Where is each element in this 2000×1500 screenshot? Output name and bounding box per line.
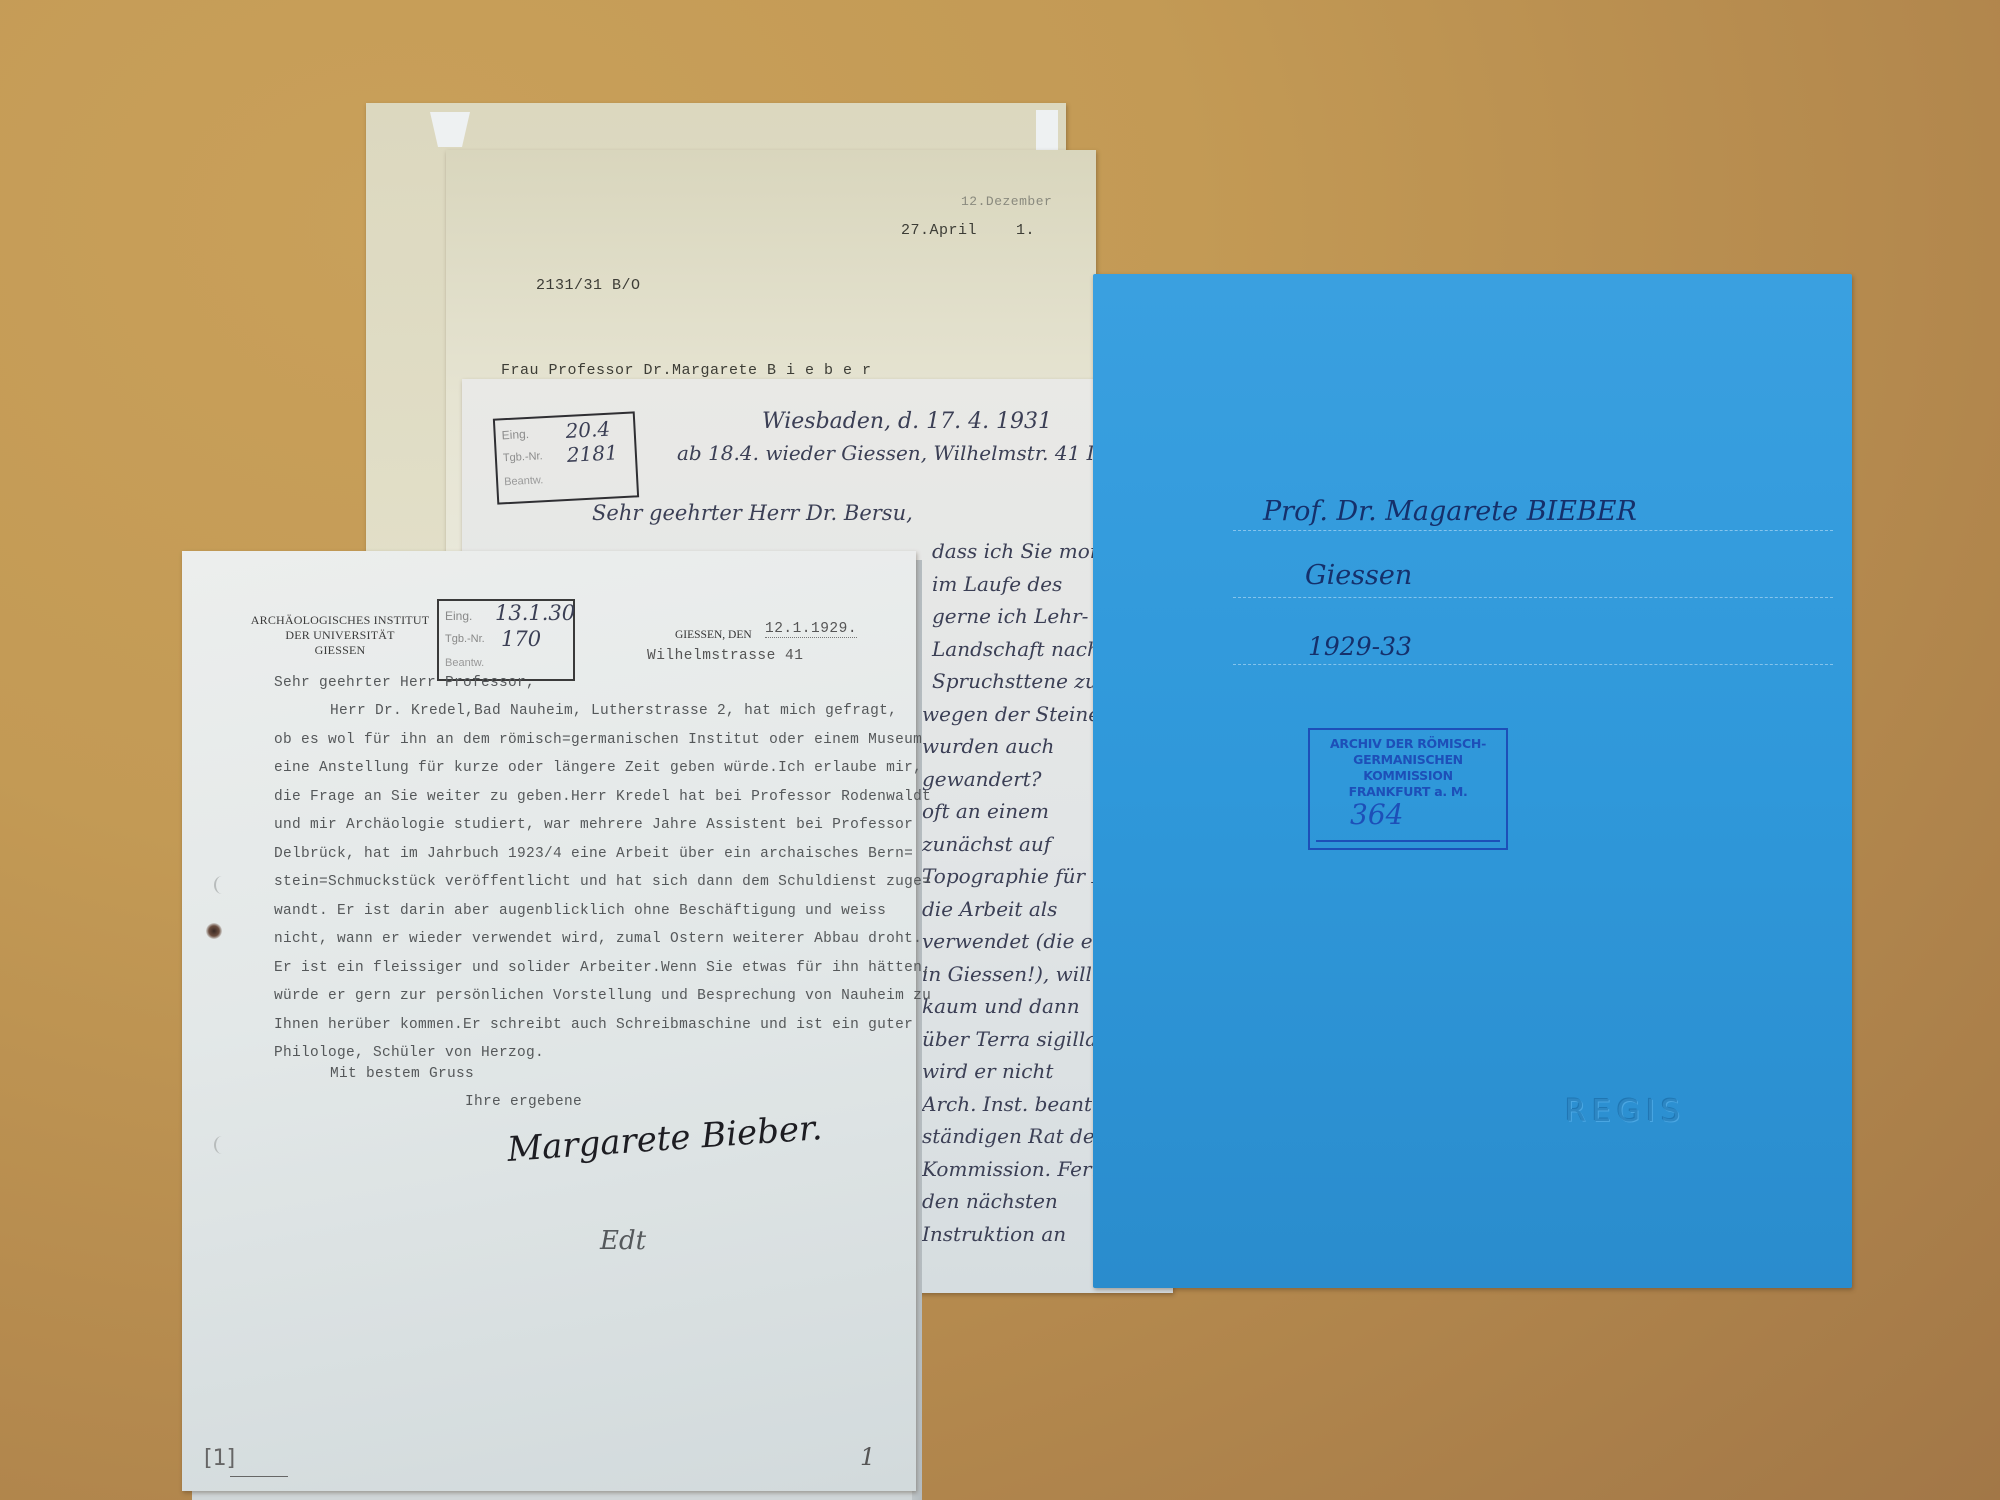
folio-number: 1 xyxy=(860,1443,875,1471)
handwritten-line: gewandert? xyxy=(922,767,1042,791)
underline xyxy=(230,1476,288,1477)
brand-emboss: REGIS xyxy=(1565,1094,1686,1129)
handwritten-line: in Giessen!), will xyxy=(922,962,1092,986)
faint-header: 12.Dezember xyxy=(961,194,1052,209)
letter-body-line: und mir Archäologie studiert, war mehrer… xyxy=(274,817,913,833)
letter-body-line: wandt. Er ist darin aber augenblicklich … xyxy=(274,903,886,919)
handwritten-line: wegen der Steinen xyxy=(922,702,1113,726)
handwritten-line: kaum und dann xyxy=(922,994,1080,1018)
letter-body-line: ob es wol für ihn an dem römisch=germani… xyxy=(274,732,922,748)
letter-body-line: Er ist ein fleissiger und solider Arbeit… xyxy=(274,960,931,976)
underline xyxy=(1316,840,1500,842)
receipt-stamp: Eing. 13.1.30 Tgb.-Nr. 170 Beantw. xyxy=(437,599,575,681)
handwritten-line: zunächst auf xyxy=(922,832,1051,856)
ink-stain xyxy=(206,923,222,939)
signature: Margarete Bieber. xyxy=(506,1108,824,1170)
letter-body-line: Herr Dr. Kredel,Bad Nauheim, Lutherstras… xyxy=(330,703,897,719)
page-number: 1. xyxy=(1016,222,1035,239)
letterhead-line: DER UNIVERSITÄT xyxy=(240,628,440,643)
address-line: ab 18.4. wieder Giessen, Wilhelmstr. 41 … xyxy=(677,441,1110,465)
archive-folder: Prof. Dr. Magarete BIEBER Giessen 1929-3… xyxy=(1093,274,1852,1288)
letter-body-line: würde er gern zur persönlichen Vorstellu… xyxy=(274,988,931,1004)
bracket-number: [1] xyxy=(204,1446,235,1471)
stamp-value: 170 xyxy=(501,627,541,651)
pencil-note: Edt xyxy=(600,1226,646,1256)
letterhead-line: ARCHÄOLOGISCHES INSTITUT xyxy=(240,613,440,628)
front-letter: ARCHÄOLOGISCHES INSTITUT DER UNIVERSITÄT… xyxy=(182,551,916,1491)
archive-number: 364 xyxy=(1350,798,1403,831)
place-date: Wiesbaden, d. 17. 4. 1931 xyxy=(762,409,1052,434)
stamp-value: 2181 xyxy=(566,440,618,467)
folder-rule xyxy=(1233,530,1833,531)
letter-body-line: Ihnen herüber kommen.Er schreibt auch Sc… xyxy=(274,1017,913,1033)
handwritten-line: den nächsten xyxy=(922,1189,1058,1213)
salutation: Sehr geehrter Herr Dr. Bersu, xyxy=(592,501,913,525)
stamp-label: Tgb.-Nr. xyxy=(445,633,485,645)
salutation: Sehr geehrter Herr Professor, xyxy=(274,675,535,691)
handwritten-line: im Laufe des xyxy=(932,572,1062,596)
punch-hole xyxy=(214,876,230,894)
handwritten-line: die Arbeit als xyxy=(922,897,1057,921)
letter-date: 27.April xyxy=(901,222,977,239)
stamp-label: Eing. xyxy=(501,427,529,442)
stamp-value: 20.4 xyxy=(565,417,611,443)
folder-place: Giessen xyxy=(1305,560,1412,591)
letter-body-line: eine Anstellung für kurze oder längere Z… xyxy=(274,760,922,776)
letter-body-line: Delbrück, hat im Jahrbuch 1923/4 eine Ar… xyxy=(274,846,913,862)
handwritten-line: ständigen Rat der xyxy=(922,1124,1104,1148)
back-letter-tab xyxy=(1036,110,1058,152)
letter-body-line: die Frage an Sie weiter zu geben.Herr Kr… xyxy=(274,789,931,805)
handwritten-line: wird er nicht xyxy=(922,1059,1053,1083)
addressee: Frau Professor Dr.Margarete B i e b e r xyxy=(501,362,872,379)
handwritten-line: Instruktion an xyxy=(922,1222,1066,1246)
archive-stamp: ARCHIV DER RÖMISCH- GERMANISCHEN KOMMISS… xyxy=(1308,728,1508,850)
closing: Mit bestem Gruss xyxy=(330,1066,474,1082)
stamp-label: Beantw. xyxy=(445,657,484,669)
folder-years: 1929-33 xyxy=(1308,632,1412,661)
handwritten-line: wurden auch xyxy=(922,734,1054,758)
handwritten-line: Spruchsttene zu xyxy=(932,669,1098,693)
stamp-line: ARCHIV DER RÖMISCH- xyxy=(1310,736,1506,752)
place-label: GIESSEN, DEN xyxy=(675,629,752,641)
letter-body-line: nicht, wann er wieder verwendet wird, zu… xyxy=(274,931,922,947)
letter-body-line: Philologe, Schüler von Herzog. xyxy=(274,1045,544,1061)
letterhead-line: GIESSEN xyxy=(240,643,440,658)
punch-hole xyxy=(214,1136,230,1154)
folder-rule xyxy=(1233,597,1833,598)
stamp-label: Tgb.-Nr. xyxy=(503,450,543,464)
reference-number: 2131/31 B/O xyxy=(536,277,641,294)
stamp-label: Eing. xyxy=(445,609,472,623)
letter-body-line: stein=Schmuckstück veröffentlicht und ha… xyxy=(274,874,931,890)
stamp-line: GERMANISCHEN KOMMISSION xyxy=(1310,752,1506,784)
stamp-line: FRANKFURT a. M. xyxy=(1310,784,1506,800)
folder-rule xyxy=(1233,664,1833,665)
handwritten-line: oft an einem xyxy=(922,799,1049,823)
folder-name: Prof. Dr. Magarete BIEBER xyxy=(1263,496,1637,527)
letterhead: ARCHÄOLOGISCHES INSTITUT DER UNIVERSITÄT… xyxy=(240,613,440,658)
stamp-value: 13.1.30 xyxy=(495,601,575,625)
valediction: Ihre ergebene xyxy=(465,1094,582,1110)
receipt-stamp: Eing. 20.4 Tgb.-Nr. 2181 Beantw. xyxy=(493,411,639,504)
stamp-label: Beantw. xyxy=(504,474,544,488)
handwritten-line: über Terra sigilla xyxy=(922,1027,1097,1051)
letter-date: 12.1.1929. xyxy=(765,621,857,638)
handwritten-line: gerne ich Lehr- xyxy=(932,604,1088,628)
street-address: Wilhelmstrasse 41 xyxy=(647,648,803,664)
